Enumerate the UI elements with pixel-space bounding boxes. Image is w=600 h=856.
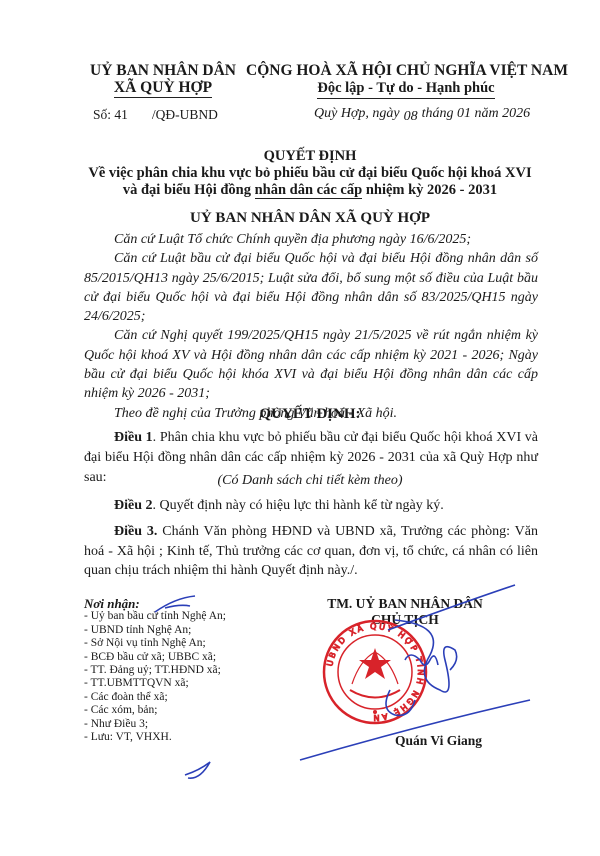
- signature-icon: [155, 585, 530, 778]
- signer-name: Quán Vi Giang: [395, 733, 482, 749]
- seal-and-signature-graphics: UBND XÃ QUỲ HỢP TỈNH NGHỆ AN: [0, 0, 600, 856]
